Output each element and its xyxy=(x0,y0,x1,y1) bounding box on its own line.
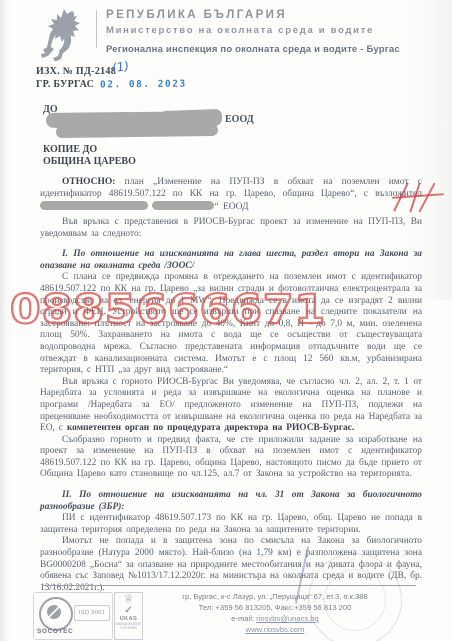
ministry-title: Министерство на околната среда и водите xyxy=(106,25,374,36)
footer-email-line: e-mail: riosvbs@unacs.bg xyxy=(150,613,400,624)
section-2-paragraph-1: ПИ с идентификатор 48619.507.173 по КК н… xyxy=(40,513,422,536)
section-1-heading: I. По отношение на изискванията на глава… xyxy=(40,249,422,272)
footer-phones: Тел: +359 56 813205, Факс:+359 56 813 20… xyxy=(150,602,400,613)
socotec-label: SOCOTEC xyxy=(37,628,73,635)
city-label: ГР. БУРГАС xyxy=(36,79,94,90)
footer-address: гр. Бургас, к-с Лазур, ул. „Перущица“ 67… xyxy=(150,591,400,602)
redacted-recipient-name xyxy=(56,124,218,138)
recipient-company-type: ЕООД xyxy=(225,114,254,125)
bold-statement: компетентен орган по процедурата директо… xyxy=(67,423,354,433)
header-divider xyxy=(96,10,97,48)
subject-label: ОТНОСНО: xyxy=(62,177,115,187)
ukas-accreditation-logo: ♕ ✓ UKAS MANAGEMENT SYSTEMS xyxy=(114,592,143,640)
copy-to-label: КОПИЕ ДО xyxy=(43,144,97,155)
subject-paragraph: ОТНОСНО: план „Изменение на ПУП-ПЗ в обх… xyxy=(40,177,422,213)
letter-body: Във връзка с представения в РИОСВ-Бургас… xyxy=(40,217,422,594)
copy-recipient: ОБЩИНА ЦАРЕВО xyxy=(43,156,136,167)
subject-text-tail: “ ЕООД xyxy=(214,202,248,212)
website-link[interactable]: www.riosvbs.com xyxy=(246,625,305,634)
redacted-recipient-name xyxy=(160,109,222,124)
inspection-title: Регионална инспекция по околната среда и… xyxy=(106,44,400,55)
email-link[interactable]: riosvbs@unacs.bg xyxy=(256,614,319,623)
scanned-letter-page: РЕПУБЛИКА БЪЛГАРИЯ Министерство на околн… xyxy=(0,0,452,641)
socotec-certification-logo: SOCOTEC ISO 9001 xyxy=(33,592,113,640)
intro-paragraph: Във връзка с представения в РИОСВ-Бургас… xyxy=(40,217,422,240)
section-1-paragraph-1: С плана се предвижда промяна в отреждане… xyxy=(40,272,422,376)
redacted-text xyxy=(40,201,148,210)
ukas-sublabel: MANAGEMENT SYSTEMS xyxy=(115,622,142,630)
checkmark-icon: ✓ xyxy=(115,606,142,616)
section-1-paragraph-2: Във връзка с горното РИОСВ-Бургас Ви уве… xyxy=(40,377,422,435)
iso-9001-badge: ISO 9001 xyxy=(74,605,110,621)
section-1-paragraph-3: Съобразно горното и предвид факта, че ст… xyxy=(40,435,422,481)
section-2-heading: II. По отношение на изискванията на чл. … xyxy=(40,490,422,513)
footer-divider xyxy=(42,585,416,586)
bulgaria-coat-of-arms-logo xyxy=(34,7,88,61)
redacted-text xyxy=(152,201,214,210)
socotec-circle-icon xyxy=(39,597,73,631)
email-label: e-mail: xyxy=(231,614,254,623)
date-stamp: 02. 08. 2023 xyxy=(100,79,187,91)
outgoing-number: ИЗХ. № ПД-2148 xyxy=(36,66,116,77)
footer-website-line: www.riosvbs.com xyxy=(150,624,400,635)
republic-title: РЕПУБЛИКА БЪЛГАРИЯ xyxy=(106,9,287,21)
handwritten-mark: (1) xyxy=(111,59,130,75)
footer-contact-block: гр. Бургас, к-с Лазур, ул. „Перущица“ 67… xyxy=(150,591,400,635)
